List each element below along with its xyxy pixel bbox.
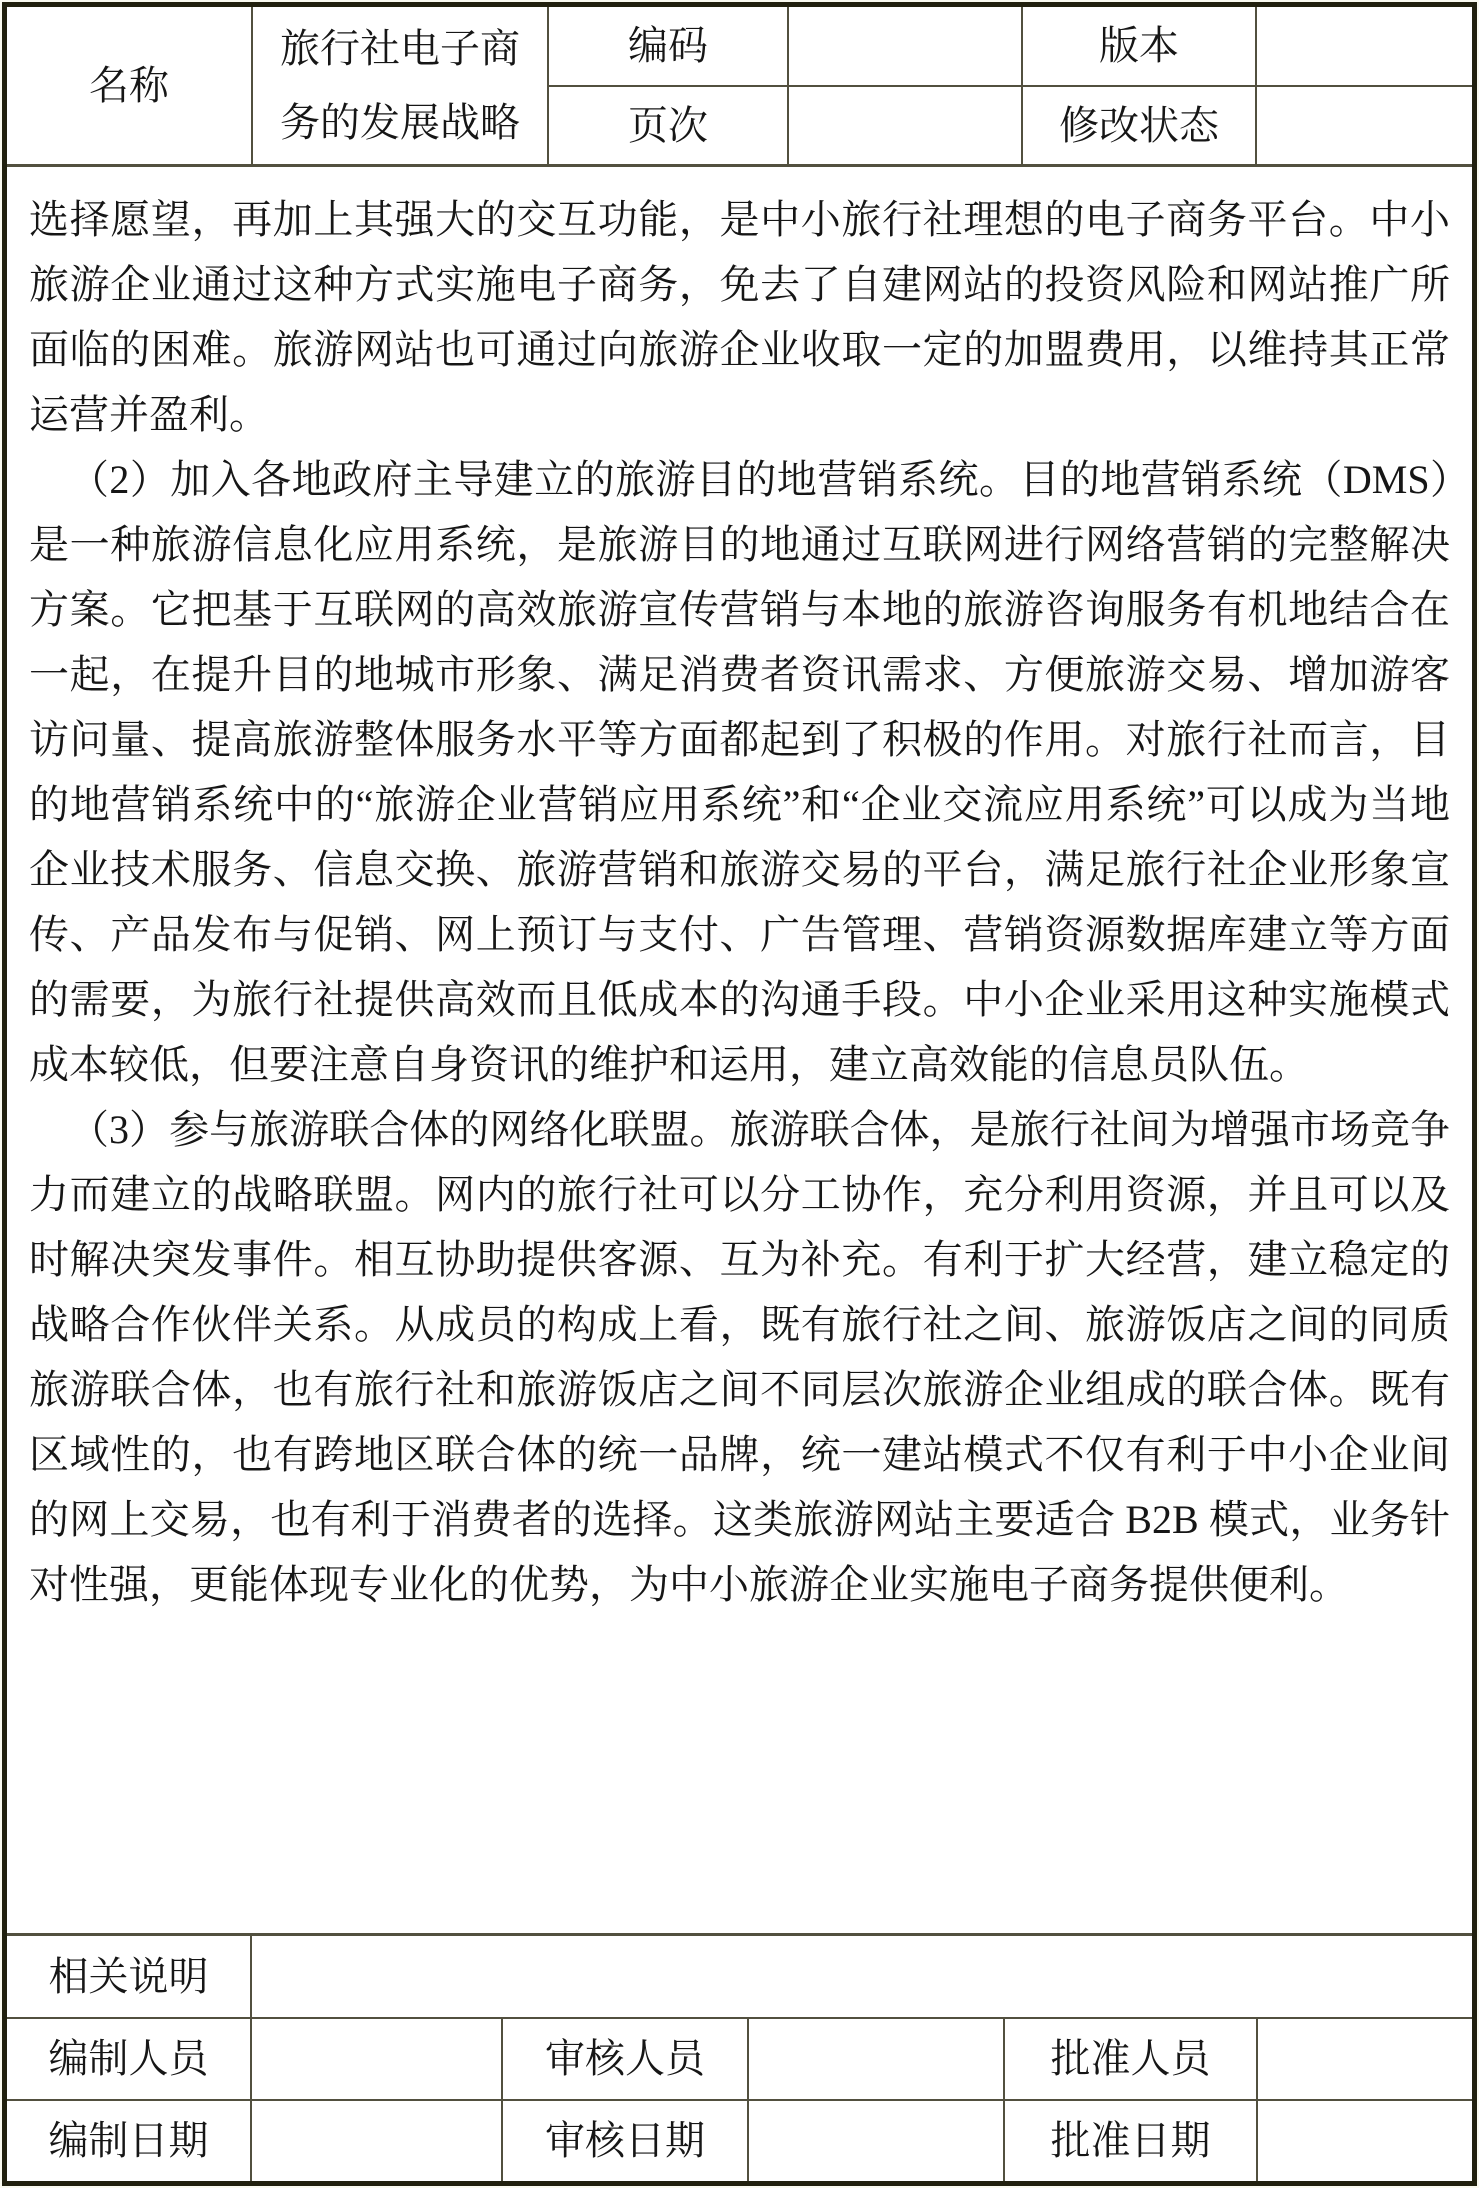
prepared-by-value-cell [252,2019,501,2099]
document-page: 名称 旅行社电子商务的发展战略 编码 版本 页次 修改状态 选择愿望，再加上其强… [2,2,1477,2186]
code-value-cell [789,7,1021,85]
prepared-date-value-cell [252,2101,501,2181]
reviewed-date-label: 审核日期 [545,2117,705,2165]
version-value-cell [1257,7,1472,85]
version-label: 版本 [1099,22,1179,70]
revision-status-label-cell: 修改状态 [1023,87,1255,164]
body-paragraph-2: （2）加入各地政府主导建立的旅游目的地营销系统。目的地营销系统（DMS）是一种旅… [29,447,1450,1097]
code-label-cell: 编码 [549,7,787,85]
approved-by-label: 批准人员 [1051,2035,1211,2083]
reviewed-date-label-cell: 审核日期 [503,2101,747,2181]
approved-date-value-cell [1258,2101,1472,2181]
name-label: 名称 [89,62,169,110]
body-paragraph-3: （3）参与旅游联合体的网络化联盟。旅游联合体，是旅行社间为增强市场竞争力而建立的… [29,1097,1450,1617]
document-body: 选择愿望，再加上其强大的交互功能，是中小旅行社理想的电子商务平台。中小旅游企业通… [7,167,1472,1933]
header-table: 名称 旅行社电子商务的发展战略 编码 版本 页次 修改状态 [7,7,1472,167]
page-number-label: 页次 [628,102,708,150]
document-title: 旅行社电子商务的发展战略 [277,12,523,160]
prepared-by-label: 编制人员 [49,2035,209,2083]
prepared-date-label-cell: 编制日期 [7,2101,250,2181]
approved-by-value-cell [1258,2019,1472,2099]
prepared-date-label: 编制日期 [49,2117,209,2165]
version-label-cell: 版本 [1023,7,1255,85]
reviewed-by-label: 审核人员 [545,2035,705,2083]
approved-date-label: 批准日期 [1051,2117,1211,2165]
document-title-cell: 旅行社电子商务的发展战略 [253,7,547,164]
related-notes-value-cell [252,1936,1472,2017]
name-label-cell: 名称 [7,7,251,164]
code-label: 编码 [628,22,708,70]
approved-date-label-cell: 批准日期 [1005,2101,1256,2181]
revision-status-value-cell [1257,87,1472,164]
prepared-by-label-cell: 编制人员 [7,2019,250,2099]
page-number-label-cell: 页次 [549,87,787,164]
body-paragraph-1: 选择愿望，再加上其强大的交互功能，是中小旅行社理想的电子商务平台。中小旅游企业通… [29,187,1450,447]
footer-table: 相关说明 编制人员 审核人员 批准人员 编制日期 审核日期 批准日期 [7,1933,1472,2181]
related-notes-label: 相关说明 [49,1953,209,2001]
reviewed-by-value-cell [749,2019,1003,2099]
revision-status-label: 修改状态 [1059,102,1219,150]
approved-by-label-cell: 批准人员 [1005,2019,1256,2099]
related-notes-label-cell: 相关说明 [7,1936,250,2017]
reviewed-date-value-cell [749,2101,1003,2181]
page-number-value-cell [789,87,1021,164]
reviewed-by-label-cell: 审核人员 [503,2019,747,2099]
